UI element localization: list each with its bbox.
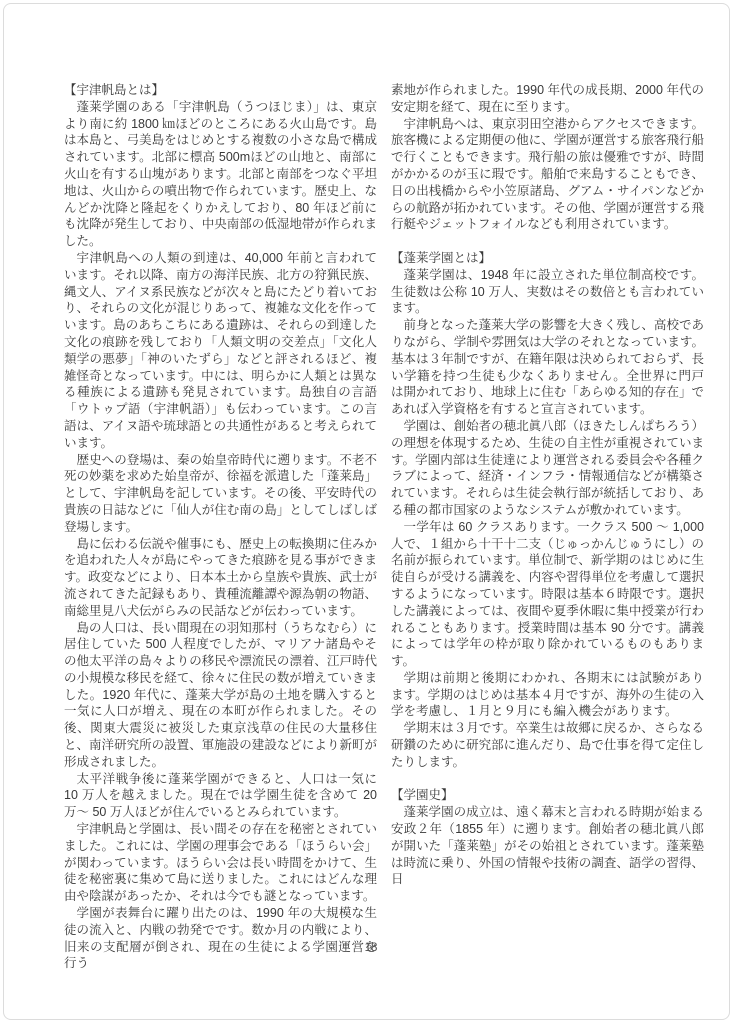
- document-page: 【宇津帆島とは】蓬莱学園のある「宇津帆島（うつほじま）」は、東京より南に約 18…: [3, 3, 730, 1020]
- page-content: 【宇津帆島とは】蓬莱学園のある「宇津帆島（うつほじま）」は、東京より南に約 18…: [64, 82, 704, 972]
- paragraph: 宇津帆島への人類の到達は、40,000 年前と言われています。それ以降、南方の海…: [64, 250, 377, 452]
- left-column: 【宇津帆島とは】蓬莱学園のある「宇津帆島（うつほじま）」は、東京より南に約 18…: [64, 82, 377, 972]
- paragraph: 宇津帆島へは、東京羽田空港からアクセスできます。旅客機による定期便の他に、学園が…: [391, 116, 704, 234]
- page-footer: 18: [4, 942, 734, 954]
- page-number: 18: [365, 942, 378, 954]
- paragraph: 前身となった蓬莱大学の影響を大きく残し、高校でありながら、学制や雰囲気は大学のそ…: [391, 317, 704, 418]
- paragraph: 蓬莱学園の成立は、遠く幕末と言われる時期が始まる安政２年（1855 年）に遡りま…: [391, 804, 704, 888]
- paragraph: 学園は、創始者の穂北眞八郎（ほきたしんぱちろう）の理想を体現するため、生徒の自主…: [391, 418, 704, 519]
- paragraph: 蓬莱学園のある「宇津帆島（うつほじま）」は、東京より南に約 1800 ㎞ほどのと…: [64, 99, 377, 250]
- paragraph: 島に伝わる伝説や催事にも、歴史上の転換期に住みかを追われた人々が島にやってきた痕…: [64, 536, 377, 620]
- right-column: 素地が作られました。1990 年代の成長期、2000 年代の安定期を経て、現在に…: [391, 82, 704, 972]
- paragraph: 学期は前期と後期にわかれ、各期末には試験があります。学期のはじめは基本４月ですが…: [391, 670, 704, 720]
- paragraph: 学園が表舞台に躍り出たのは、1990 年の大規模な生徒の流入と、内戦の勃発でです…: [64, 905, 377, 972]
- paragraph: 宇津帆島と学園は、長い間その存在を秘密とされていました。これには、学園の理事会で…: [64, 821, 377, 905]
- paragraph: 学期末は３月です。卒業生は故郷に戻るか、さらなる研鑽のために研究部に進んだり、島…: [391, 720, 704, 770]
- paragraph: 太平洋戦争後に蓬莱学園ができると、人口は一気に 10 万人を越えました。現在では…: [64, 771, 377, 821]
- section-heading: 【宇津帆島とは】: [64, 82, 377, 99]
- paragraph: 歴史への登場は、秦の始皇帝時代に遡ります。不老不死の妙薬を求めた始皇帝が、徐福を…: [64, 452, 377, 536]
- section-heading: 【学園史】: [391, 787, 704, 804]
- paragraph: 素地が作られました。1990 年代の成長期、2000 年代の安定期を経て、現在に…: [391, 82, 704, 116]
- section-heading: 【蓬莱学園とは】: [391, 250, 704, 267]
- paragraph: 蓬莱学園は、1948 年に設立された単位制高校です。生徒数は公称 10 万人、実…: [391, 267, 704, 317]
- paragraph: 島の人口は、長い間現在の羽知那村（うちなむら）に居住していた 500 人程度でし…: [64, 620, 377, 771]
- paragraph: 一学年は 60 クラスあります。一クラス 500 〜 1,000 人で、１組から…: [391, 519, 704, 670]
